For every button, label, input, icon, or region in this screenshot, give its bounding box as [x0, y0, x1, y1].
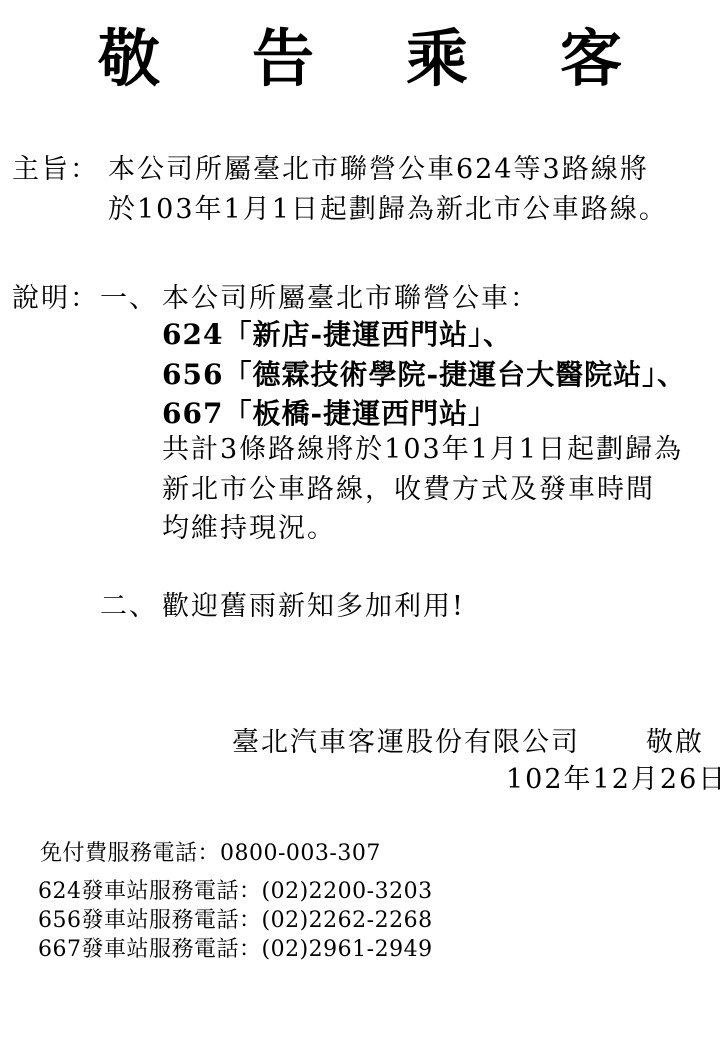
route-number: 667 [162, 397, 223, 430]
item1-intro: 本公司所屬臺北市聯營公車： [162, 282, 539, 316]
toll-free-phone: 免付費服務電話：0800-003-307 [40, 840, 381, 868]
route-number: 624 [162, 318, 223, 351]
title-char: 告 [252, 28, 314, 90]
title-char: 客 [560, 28, 622, 90]
route-656: 656「德霖技術學院-捷運台大醫院站」、 [162, 358, 686, 392]
route-name: 「新店-捷運西門站」、 [223, 318, 512, 351]
subject-label: 主旨： [12, 153, 99, 187]
subject-line-2: 於103年1月1日起劃歸為新北市公車路線。 [108, 193, 668, 227]
notice-date: 102年12月26日 [506, 763, 720, 797]
item1-body-line-2: 新北市公車路線，收費方式及發車時間 [162, 473, 655, 507]
route-name: 「德霖技術學院-捷運台大醫院站」、 [223, 358, 686, 391]
title-char: 乘 [406, 28, 468, 90]
company-name: 臺北汽車客運股份有限公司 [232, 726, 580, 760]
item2-marker: 二、 [100, 590, 158, 624]
description-label: 說明： [12, 282, 99, 316]
item1-body-line-3: 均維持現況。 [162, 512, 336, 546]
station-phone-667: 667發車站服務電話：(02)2961-2949 [38, 936, 433, 964]
item1-body-line-1: 共計3條路線將於103年1月1日起劃歸為 [162, 433, 683, 467]
route-667: 667「板橋-捷運西門站」 [162, 397, 497, 431]
notice-title: 敬 告 乘 客 [0, 14, 720, 104]
route-name: 「板橋-捷運西門站」 [223, 397, 497, 430]
route-624: 624「新店-捷運西門站」、 [162, 318, 512, 352]
route-number: 656 [162, 358, 223, 391]
item2-text: 歡迎舊雨新知多加利用! [162, 590, 465, 624]
station-phone-656: 656發車站服務電話：(02)2262-2268 [38, 907, 433, 935]
title-char: 敬 [98, 28, 160, 90]
closing: 敬啟 [646, 726, 704, 760]
subject-line-1: 本公司所屬臺北市聯營公車624等3路線將 [108, 153, 649, 187]
station-phone-624: 624發車站服務電話：(02)2200-3203 [38, 878, 433, 906]
item1-marker: 一、 [100, 282, 158, 316]
